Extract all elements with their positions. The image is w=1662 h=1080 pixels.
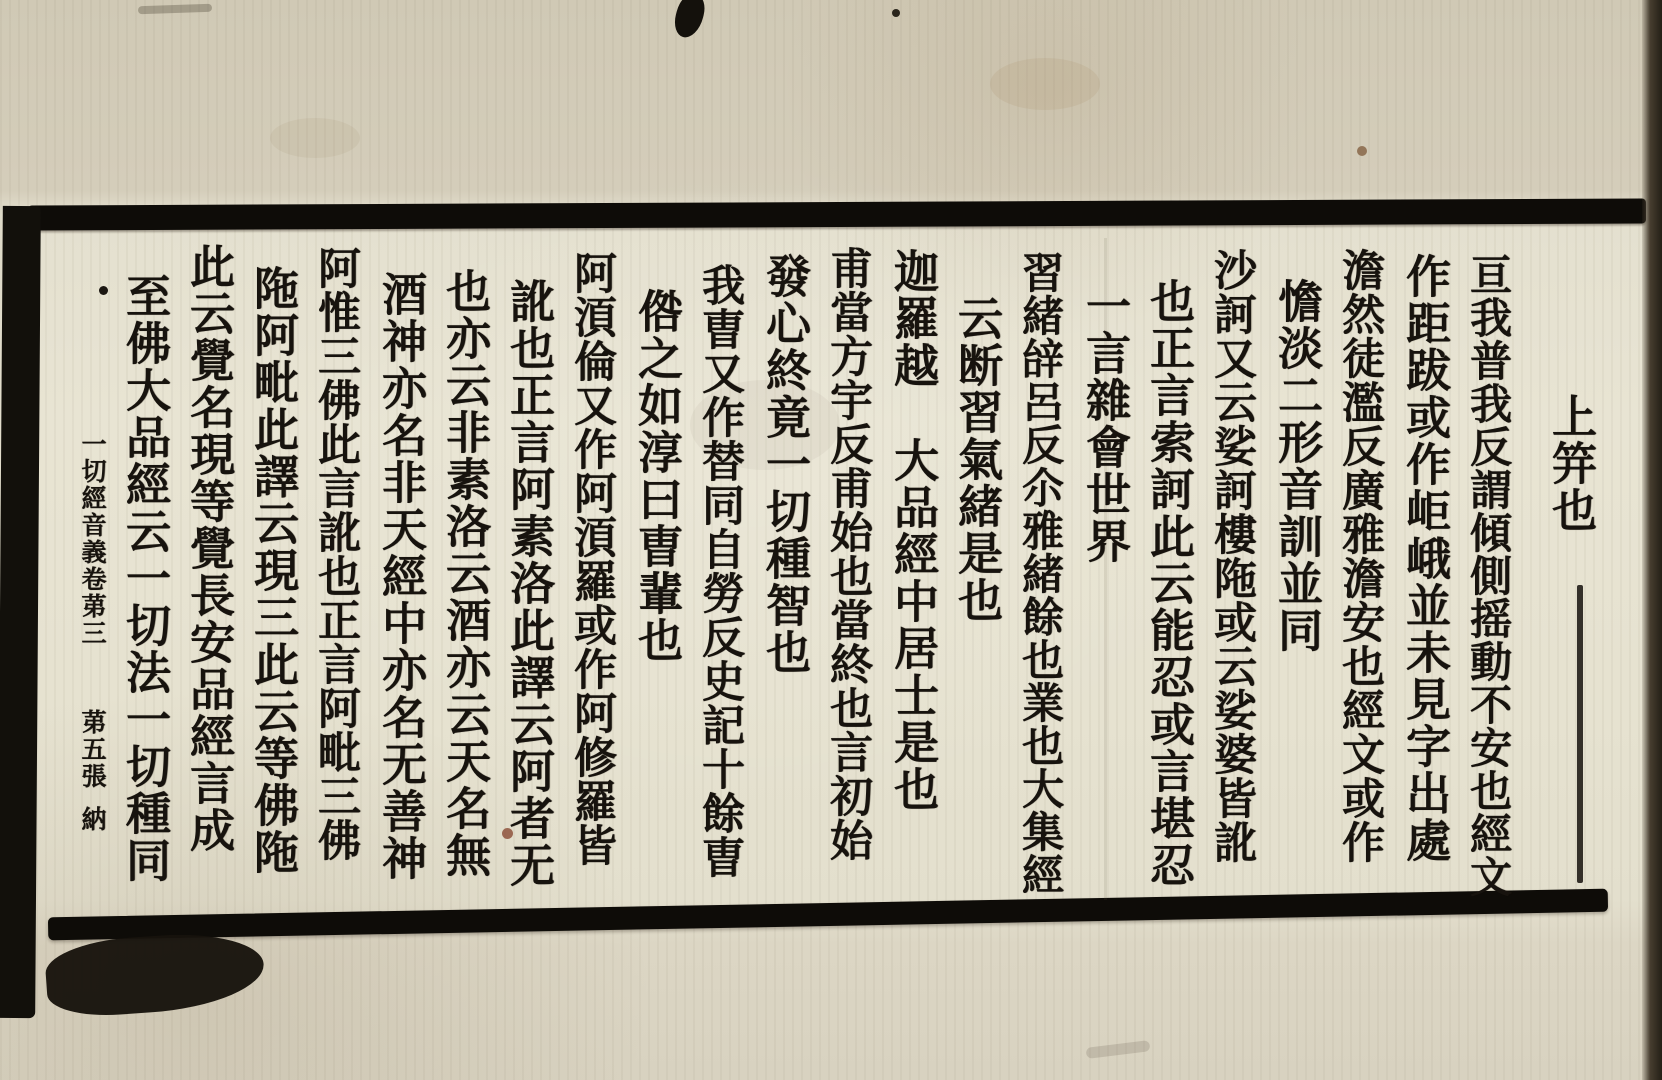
column-text-segment: 至佛大品經云一切法一切種同 — [118, 273, 171, 884]
text-column-20: 阿惟三佛此言訛也正言阿毗三佛 — [304, 243, 368, 943]
text-column-11: 迦羅越大品經中居士是也 — [880, 243, 944, 943]
column-gap — [91, 647, 93, 709]
text-column-3: 作距跋或作岠峨並未見字出處 — [1392, 243, 1456, 943]
text-column-10: 云断習氣緒是也 — [944, 243, 1008, 943]
paper-stain-2 — [270, 118, 360, 158]
column-text-segment: 作距跋或作岠峨並未見字出處 — [1398, 253, 1451, 864]
text-column-4: 澹然徒濫反廣雅澹安也經文或作 — [1328, 243, 1392, 943]
paper-stain-1 — [990, 58, 1100, 110]
column-text-segment: 訛也正言阿素洛此譯云阿者无 — [502, 278, 555, 889]
column-text-segment: 澹然徒濫反廣雅澹安也經文或作 — [1335, 248, 1385, 864]
text-column-16: 阿湏倫又作阿湏羅或作阿修羅皆 — [560, 243, 624, 943]
text-column-7: 也正言索訶此云能忍或言堪忍 — [1136, 243, 1200, 943]
column-text-segment: 我曺又作替同自勞反史記十餘曺 — [695, 263, 745, 879]
column-gap — [91, 790, 93, 806]
text-column-22: 此云覺名現等覺長安品經言成 — [176, 243, 240, 943]
ink-dot-top — [892, 9, 900, 17]
column-text-segment: 上笄也 — [1544, 393, 1597, 534]
column-text-segment: 也亦云非素洛云酒亦云天名無 — [438, 268, 491, 879]
column-text-segment: 阿湏倫又作阿湏羅或作阿修羅皆 — [567, 251, 617, 867]
text-column-9: 習緒辝呂反尒雅緒餘也業也大集經 — [1008, 243, 1072, 943]
text-column-21: 陁阿毗此譯云現三此云等佛陁 — [240, 243, 304, 943]
text-column-19: 酒神亦名非天經中亦名无善神 — [368, 243, 432, 943]
column-text-segment: 憺淡二形音訓並同 — [1270, 278, 1323, 654]
column-text-segment: 納 — [78, 806, 107, 833]
text-column-6: 沙訶又云娑訶樓陁或云娑婆皆訛 — [1200, 243, 1264, 943]
column-text-segment: 陁阿毗此譯云現三此云等佛陁 — [246, 265, 299, 876]
column-text-segment: 發心終竟一切種智也 — [758, 253, 811, 676]
brown-speck — [1357, 146, 1367, 156]
column-text-segment: 甫當方宇反甫始也當終也言初始 — [823, 246, 873, 862]
column-text-segment: 迦羅越 — [886, 248, 939, 389]
text-column-17: 訛也正言阿素洛此譯云阿者无 — [496, 243, 560, 943]
column-text-segment: 倃之如淳曰曺輩也 — [630, 288, 683, 664]
text-column-12: 甫當方宇反甫始也當終也言初始 — [816, 243, 880, 943]
page-scan-edge-right — [1642, 0, 1662, 1080]
text-block: 上笄也亘我普我反謂傾側摇動不安也經文作距跋或作岠峨並未見字出處澹然徒濫反廣雅澹安… — [72, 243, 1602, 943]
colophon-column: 一切經音義卷苐三苐五張納 — [72, 243, 112, 943]
frame-border-left — [0, 206, 41, 1018]
column-text-segment: 大品經中居士是也 — [886, 437, 939, 813]
text-column-15: 倃之如淳曰曺輩也 — [624, 243, 688, 943]
column-text-segment: 云断習氣緒是也 — [950, 295, 1003, 624]
text-column-8: 一言雜會世界 — [1072, 243, 1136, 943]
column-text-segment: 苐五張 — [78, 709, 107, 790]
column-gap — [911, 389, 913, 437]
text-column-1: 上笄也 — [1538, 243, 1602, 943]
text-column-18: 也亦云非素洛云酒亦云天名無 — [432, 243, 496, 943]
column-text-segment: 阿惟三佛此言訛也正言阿毗三佛 — [311, 246, 361, 862]
column-text-segment: 沙訶又云娑訶樓陁或云娑婆皆訛 — [1207, 248, 1257, 864]
column-text-segment: 習緒辝呂反尒雅緒餘也業也大集經 — [1016, 251, 1065, 896]
text-column-23: 至佛大品經云一切法一切種同 — [112, 243, 176, 943]
text-column-2: 亘我普我反謂傾側摇動不安也經文 — [1456, 243, 1520, 943]
column-text-segment: 此云覺名現等覺長安品經言成 — [182, 243, 235, 854]
column-text-segment: 一言雜會世界 — [1078, 283, 1131, 565]
column-text-segment: 一切經音義卷苐三 — [78, 431, 107, 647]
column-text-segment: 酒神亦名非天經中亦名无善神 — [374, 271, 427, 882]
text-column-14: 我曺又作替同自勞反史記十餘曺 — [688, 243, 752, 943]
column-text-segment: 亘我普我反謂傾側摇動不安也經文 — [1464, 253, 1513, 898]
text-column-5: 憺淡二形音訓並同 — [1264, 243, 1328, 943]
column-text-segment: 也正言索訶此云能忍或言堪忍 — [1142, 278, 1195, 889]
text-column-13: 發心終竟一切種智也 — [752, 243, 816, 943]
scanned-manuscript-page: 上笄也亘我普我反謂傾側摇動不安也經文作距跋或作岠峨並未見字出處澹然徒濫反廣雅澹安… — [0, 0, 1662, 1080]
